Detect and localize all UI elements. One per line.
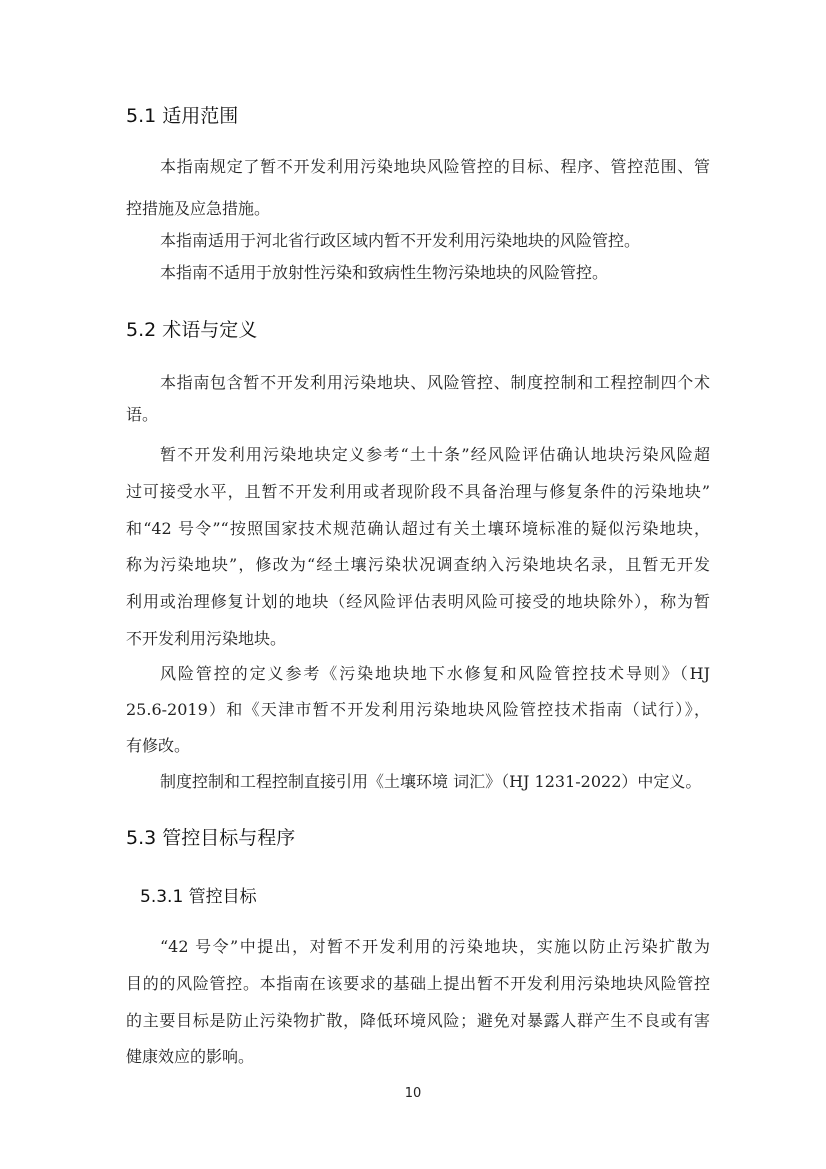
paragraph-line: 利用或治理修复计划的地块（经风险评估表明风险可接受的地块除外），称为暂 xyxy=(126,591,710,613)
paragraph-line: 控措施及应急措施。 xyxy=(126,198,710,220)
paragraph-line: 不开发利用污染地块。 xyxy=(126,628,710,650)
paragraph-line: 风险管控的定义参考《污染地块地下水修复和风险管控技术导则》（HJ xyxy=(160,663,710,685)
paragraph-line: 有修改。 xyxy=(126,735,710,757)
paragraph-line: 制度控制和工程控制直接引用《土壤环境 词汇》（HJ 1231-2022）中定义。 xyxy=(160,771,710,793)
subsection-heading-5-3-1: 5.3.1 管控目标 xyxy=(140,886,257,908)
paragraph-line: 和“42 号令”“按照国家技术规范确认超过有关土壤环境标准的疑似污染地块， xyxy=(126,518,710,540)
paragraph-line: 称为污染地块”，修改为“经土壤污染状况调查纳入污染地块名录，且暂无开发 xyxy=(126,554,710,576)
paragraph-line: “42 号令”中提出，对暂不开发利用的污染地块，实施以防止污染扩散为 xyxy=(160,936,710,958)
paragraph-line: 健康效应的影响。 xyxy=(126,1046,710,1068)
paragraph-line: 本指南包含暂不开发利用污染地块、风险管控、制度控制和工程控制四个术 xyxy=(160,372,710,394)
paragraph-line: 25.6-2019）和《天津市暂不开发利用污染地块风险管控技术指南（试行）》， xyxy=(126,699,710,721)
paragraph-line: 语。 xyxy=(126,404,710,426)
section-heading-5-1: 5.1 适用范围 xyxy=(126,104,238,128)
paragraph-line: 的主要目标是防止污染物扩散，降低环境风险；避免对暴露人群产生不良或有害 xyxy=(126,1010,710,1032)
paragraph-line: 本指南不适用于放射性污染和致病性生物污染地块的风险管控。 xyxy=(160,262,710,284)
document-page: 5.1 适用范围 本指南规定了暂不开发利用污染地块风险管控的目标、程序、管控范围… xyxy=(0,0,826,1169)
section-heading-5-2: 5.2 术语与定义 xyxy=(126,318,257,342)
paragraph-line: 过可接受水平，且暂不开发利用或者现阶段不具备治理与修复条件的污染地块” xyxy=(126,481,710,503)
paragraph-line: 目的的风险管控。本指南在该要求的基础上提出暂不开发利用污染地块风险管控 xyxy=(126,973,710,995)
page-number: 10 xyxy=(0,1086,826,1101)
paragraph-line: 本指南规定了暂不开发利用污染地块风险管控的目标、程序、管控范围、管 xyxy=(160,156,710,178)
paragraph-line: 本指南适用于河北省行政区域内暂不开发利用污染地块的风险管控。 xyxy=(160,230,710,252)
paragraph-line: 暂不开发利用污染地块定义参考“土十条”经风险评估确认地块污染风险超 xyxy=(160,444,710,466)
section-heading-5-3: 5.3 管控目标与程序 xyxy=(126,826,295,850)
